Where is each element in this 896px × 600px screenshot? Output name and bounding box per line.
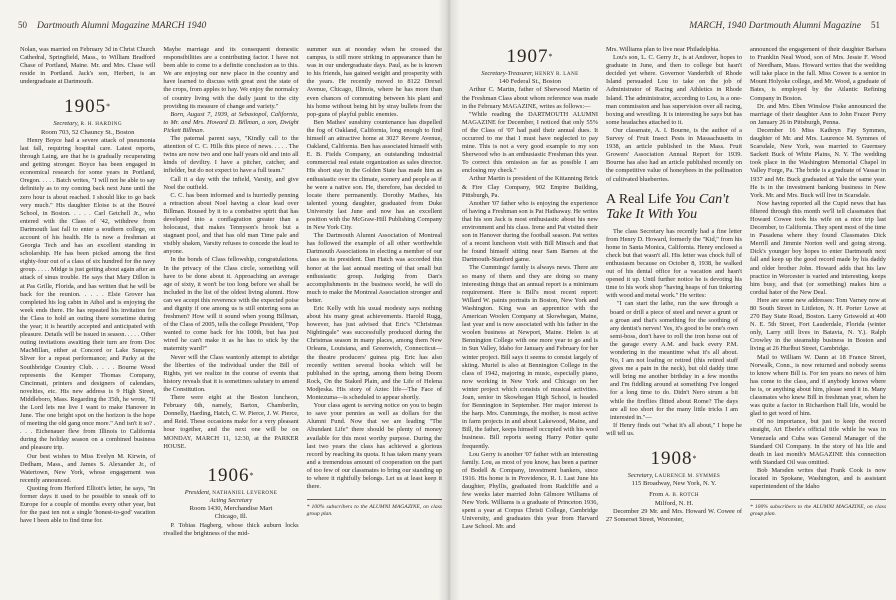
class-address: 140 Federal St., Boston: [462, 78, 598, 86]
class-heading-1905: 1905*: [20, 96, 155, 118]
paragraph: Dr. and Mrs. Eben Winslow Fiske announce…: [750, 103, 886, 127]
correspondent-address: Milford, N. H.: [606, 500, 742, 508]
column-2: Mrs. Williams plan to live near Philadel…: [606, 46, 742, 532]
feature-headline: A Real Life You Can't Take It With You: [606, 192, 742, 222]
paragraph: Our classmate, A. I. Bourne, is the auth…: [606, 127, 742, 184]
class-secretary: Secretary-Treasurer, HENRY R. LANE: [462, 70, 598, 78]
paragraph: The class Secretary has recently had a f…: [606, 228, 742, 301]
paragraph: Another '07 father who is enjoying the e…: [462, 200, 598, 265]
paragraph: P. Tobias Hagberg, whose thick auburn lo…: [163, 522, 298, 538]
paragraph: The Dartmouth Alumni Association of Mont…: [307, 232, 442, 305]
left-columns: Nolan, was married on February 3d in Chr…: [20, 46, 442, 538]
column-2: Maybe marriage and its consequent domest…: [163, 46, 298, 538]
paragraph: If Henry finds out "what it's all about,…: [606, 422, 742, 438]
class-heading-1908: 1908*: [606, 448, 742, 470]
class-address: Room 1430, Merchandise Mart: [163, 505, 298, 513]
paragraph: Eric Kelly with his usual modesty says n…: [307, 305, 442, 402]
column-3: announced the engagement of their daught…: [750, 46, 886, 532]
acting-secretary: Acting Secretary: [163, 497, 298, 505]
paragraph: In the bonds of Class fellowship, congra…: [163, 256, 298, 353]
paragraph: Maybe marriage and its consequent domest…: [163, 46, 298, 111]
paragraph: Lou Gerry is another '07 father with an …: [462, 451, 598, 532]
class-secretary: Secretary, LAURENCE M. SYMMES: [606, 472, 742, 480]
column-1: 1907* Secretary-Treasurer, HENRY R. LANE…: [462, 46, 598, 532]
class-president: President, NATHANIEL LEVERONE: [163, 489, 298, 497]
paragraph: Ben Mathes' sunshiny countenance has dis…: [307, 119, 442, 232]
class-heading-1907: 1907*: [462, 46, 598, 68]
page-number: 51: [871, 20, 880, 30]
paragraph: Arthur Martin is president of the Kittan…: [462, 175, 598, 199]
birth-announcement: Born, August 7, 1939, at Sebastopol, Cal…: [163, 111, 298, 135]
class-secretary: Secretary, R. H. HARDING: [20, 120, 155, 128]
paragraph: December 29 Mr. and Mrs. Howard W. Cowee…: [606, 508, 742, 524]
paragraph: The paternal parent says, "Kindly call t…: [163, 135, 298, 175]
paragraph: Call it a day with the infield, Varsity,…: [163, 176, 298, 192]
paragraph: C. C. has been informed and is hurriedly…: [163, 192, 298, 257]
paragraph: Lou's son, L. C. Gerry Jr., is at Andove…: [606, 54, 742, 127]
paragraph: "While reading the DARTMOUTH ALUMNI MAGA…: [462, 111, 598, 176]
paragraph: Henry Boyce had a severe attack of pneum…: [20, 137, 155, 453]
paragraph: summer sun at noonday when he crossed th…: [307, 46, 442, 119]
right-columns: 1907* Secretary-Treasurer, HENRY R. LANE…: [462, 46, 886, 532]
running-head-left: 50 Dartmouth Alumni Magazine MARCH 1940: [18, 20, 442, 38]
running-head-text: MARCH, 1940 Dartmouth Alumni Magazine: [689, 20, 861, 31]
right-page: MARCH, 1940 Dartmouth Alumni Magazine 51…: [448, 0, 896, 600]
paragraph: Our best wishes to Miss Evelyn M. Kirwin…: [20, 453, 155, 485]
paragraph: Arthur C. Martin, father of Sherwood Mar…: [462, 86, 598, 110]
column-3: summer sun at noonday when he crossed th…: [307, 46, 442, 538]
paragraph: Mrs. Williams plan to live near Philadel…: [606, 46, 742, 54]
footnote: * 100% subscribers to the ALUMNI MAGAZIN…: [307, 499, 442, 518]
paragraph: Never will the Class wantonly attempt to…: [163, 354, 298, 394]
paragraph: Mail to William W. Dann at 18 France Str…: [750, 354, 886, 419]
paragraph: announced the engagement of their daught…: [750, 46, 886, 103]
paragraph: Bob Marsden writes that Frank Cook is no…: [750, 467, 886, 491]
running-head-text: Dartmouth Alumni Magazine MARCH 1940: [37, 20, 206, 31]
class-heading-1906: 1906*: [163, 465, 298, 487]
paragraph: Nolan, was married on February 3d in Chr…: [20, 46, 155, 86]
paragraph: Here are some new addresses: Tom Varney …: [750, 297, 886, 354]
class-address-city: Chicago, Ill.: [163, 513, 298, 521]
paragraph: Quoting from Herford Elliott's letter, h…: [20, 485, 155, 525]
paragraph: The Cummings' family is always news. The…: [462, 264, 598, 450]
magazine-spread: 50 Dartmouth Alumni Magazine MARCH 1940 …: [0, 0, 896, 600]
left-page: 50 Dartmouth Alumni Magazine MARCH 1940 …: [0, 0, 448, 600]
class-address: 115 Broadway, New York, N. Y.: [606, 480, 742, 488]
correspondent: From A. B. ROTCH: [606, 491, 742, 499]
paragraph: December 16 Miss Kathryn Fay Symmes, dau…: [750, 127, 886, 200]
paragraph: There were eight at the Boston luncheon,…: [163, 394, 298, 451]
paragraph: Now having reported all the Cupid news t…: [750, 200, 886, 297]
column-1: Nolan, was married on February 3d in Chr…: [20, 46, 155, 538]
class-address: Room 703, 52 Chauncy St., Boston: [20, 129, 155, 137]
footnote: * 100% subscribers to the ALUMNI MAGAZIN…: [750, 499, 886, 518]
block-quote: "I can start the lathe, run the saw thro…: [606, 300, 742, 421]
paragraph: Your class agent is serving notice on yo…: [307, 402, 442, 491]
page-number: 50: [18, 20, 27, 30]
paragraph: Of no importance, but just to keep the r…: [750, 418, 886, 467]
running-head-right: MARCH, 1940 Dartmouth Alumni Magazine 51: [462, 20, 886, 38]
